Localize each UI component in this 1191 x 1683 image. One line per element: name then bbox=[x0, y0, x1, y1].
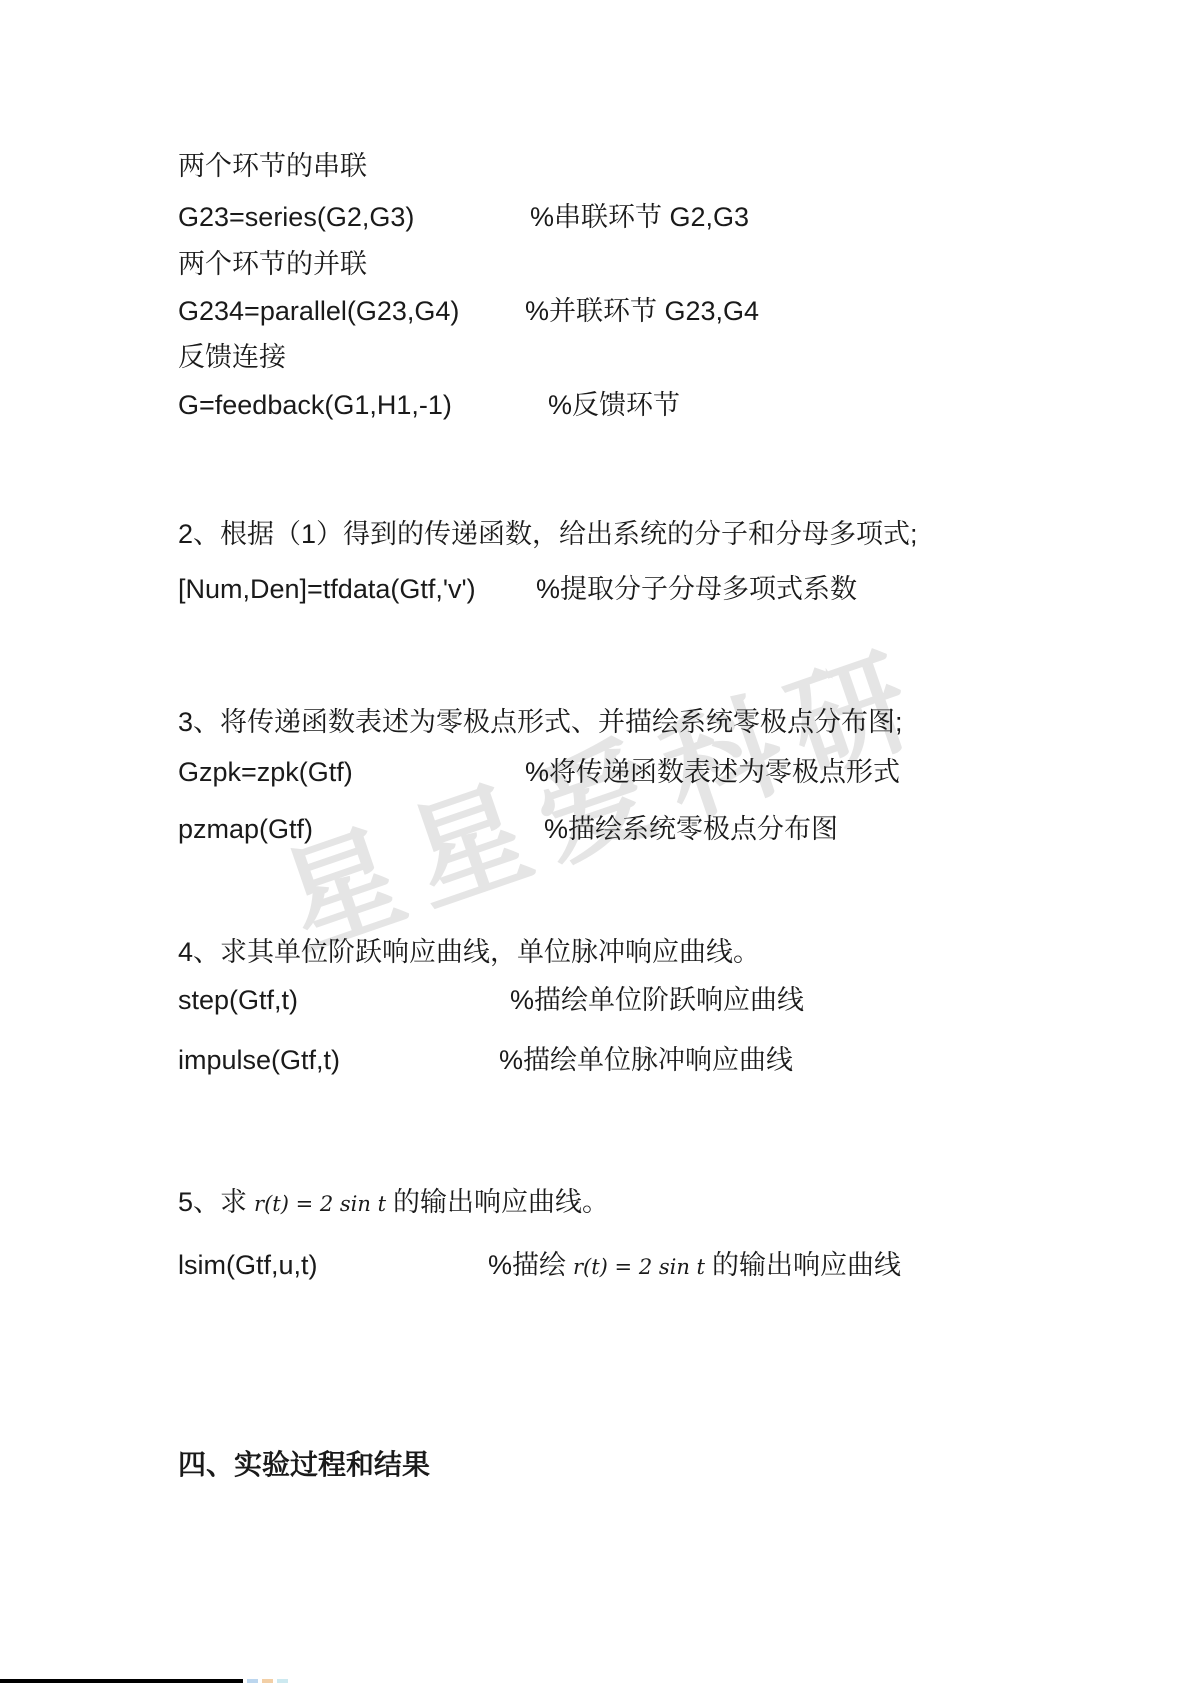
paragraph-text: 两个环节的串联 bbox=[178, 149, 367, 183]
item-text-prefix: 5、求 bbox=[178, 1187, 247, 1217]
numbered-item-3: 3、将传递函数表述为零极点形式、并描绘系统零极点分布图; bbox=[0, 705, 1191, 739]
numbered-item-5: 5、求r(t) = 2 sin t的输出响应曲线。 bbox=[0, 1185, 1191, 1219]
numbered-item-text: 2、根据（1）得到的传递函数，给出系统的分子和分母多项式; bbox=[178, 517, 918, 551]
item-text-suffix: 的输出响应曲线。 bbox=[393, 1187, 609, 1217]
code-text: G23=series(G2,G3) bbox=[178, 200, 414, 234]
paragraph-line: 两个环节的串联 bbox=[0, 149, 1191, 183]
numbered-item-2: 2、根据（1）得到的传递函数，给出系统的分子和分母多项式; bbox=[0, 517, 1191, 551]
comment-text: %描绘系统零极点分布图 bbox=[544, 812, 838, 846]
comment-text: %描绘单位阶跃响应曲线 bbox=[510, 983, 804, 1017]
code-line: lsim(Gtf,u,t) %描绘r(t) = 2 sin t的输出响应曲线 bbox=[0, 1248, 1191, 1282]
paragraph-text: 两个环节的并联 bbox=[178, 247, 367, 281]
comment-text: %描绘单位脉冲响应曲线 bbox=[499, 1043, 793, 1077]
numbered-item-text: 3、将传递函数表述为零极点形式、并描绘系统零极点分布图; bbox=[178, 705, 903, 739]
code-text: pzmap(Gtf) bbox=[178, 812, 313, 846]
comment-text: %串联环节 G2,G3 bbox=[530, 200, 749, 234]
code-text: Gzpk=zpk(Gtf) bbox=[178, 755, 353, 789]
code-line: impulse(Gtf,t) %描绘单位脉冲响应曲线 bbox=[0, 1043, 1191, 1077]
code-line: pzmap(Gtf) %描绘系统零极点分布图 bbox=[0, 812, 1191, 846]
numbered-item-text: 4、求其单位阶跃响应曲线，单位脉冲响应曲线。 bbox=[178, 935, 760, 969]
section-heading-text: 四、实验过程和结果 bbox=[178, 1448, 430, 1482]
comment-text: %并联环节 G23,G4 bbox=[525, 294, 759, 328]
paragraph-text: 反馈连接 bbox=[178, 340, 286, 374]
comment-prefix: %描绘 bbox=[488, 1250, 566, 1280]
code-line: Gzpk=zpk(Gtf) %将传递函数表述为零极点形式 bbox=[0, 755, 1191, 789]
numbered-item-4: 4、求其单位阶跃响应曲线，单位脉冲响应曲线。 bbox=[0, 935, 1191, 969]
code-line: G=feedback(G1,H1,-1) %反馈环节 bbox=[0, 388, 1191, 422]
code-text: impulse(Gtf,t) bbox=[178, 1043, 340, 1077]
comment-text: %提取分子分母多项式系数 bbox=[536, 572, 857, 606]
code-line: G234=parallel(G23,G4) %并联环节 G23,G4 bbox=[0, 294, 1191, 328]
comment-suffix: 的输出响应曲线 bbox=[712, 1250, 901, 1280]
code-text: G=feedback(G1,H1,-1) bbox=[178, 388, 452, 422]
numbered-item-text: 5、求r(t) = 2 sin t的输出响应曲线。 bbox=[178, 1185, 609, 1221]
code-text: G234=parallel(G23,G4) bbox=[178, 294, 459, 328]
document-body: 两个环节的串联 G23=series(G2,G3) %串联环节 G2,G3 两个… bbox=[0, 0, 1191, 1683]
math-formula: r(t) = 2 sin t bbox=[254, 1192, 386, 1216]
paragraph-line: 反馈连接 bbox=[0, 340, 1191, 374]
code-line: step(Gtf,t) %描绘单位阶跃响应曲线 bbox=[0, 983, 1191, 1017]
paragraph-line: 两个环节的并联 bbox=[0, 247, 1191, 281]
code-text: lsim(Gtf,u,t) bbox=[178, 1248, 318, 1282]
section-heading: 四、实验过程和结果 bbox=[0, 1448, 1191, 1482]
comment-text: %将传递函数表述为零极点形式 bbox=[525, 755, 900, 789]
comment-text: %反馈环节 bbox=[548, 388, 680, 422]
comment-text: %描绘r(t) = 2 sin t的输出响应曲线 bbox=[488, 1248, 901, 1284]
code-text: [Num,Den]=tfdata(Gtf,'v') bbox=[178, 572, 476, 606]
code-line: [Num,Den]=tfdata(Gtf,'v') %提取分子分母多项式系数 bbox=[0, 572, 1191, 606]
code-line: G23=series(G2,G3) %串联环节 G2,G3 bbox=[0, 200, 1191, 234]
code-text: step(Gtf,t) bbox=[178, 983, 298, 1017]
document-page: 星星爱科研 两个环节的串联 G23=series(G2,G3) %串联环节 G2… bbox=[0, 0, 1191, 1683]
math-formula: r(t) = 2 sin t bbox=[573, 1255, 705, 1279]
